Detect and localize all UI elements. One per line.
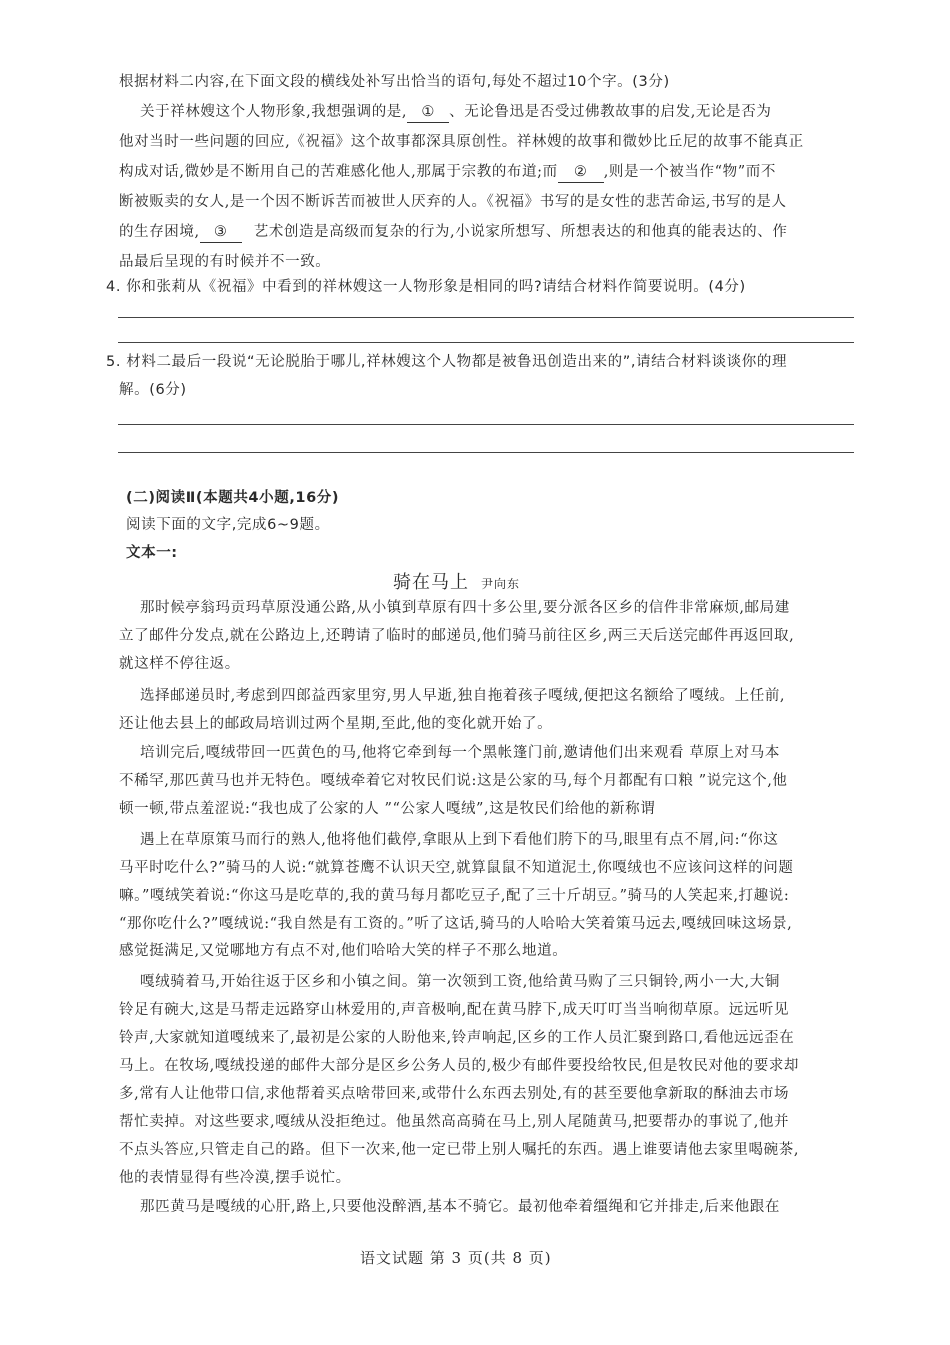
q3-paragraph-line-2: 他对当时一些问题的回应,《祝福》这个故事都深具原创性。祥林嫂的故事和微妙比丘尼的… bbox=[119, 132, 804, 152]
story-p4-line: 嘛。”嘎绒笑着说:“你这马是吃草的,我的黄马每月都吃豆子,配了三十斤胡豆。”骑马… bbox=[119, 886, 789, 906]
story-p5-line: 不点头答应,只管走自己的路。但下一次来,他一定已带上别人嘱托的东西。遇上谁要请他… bbox=[119, 1140, 799, 1160]
story-title: 骑在马上 bbox=[393, 572, 469, 593]
section-instruction: 阅读下面的文字,完成6~9题。 bbox=[126, 515, 330, 535]
q3-instruction: 根据材料二内容,在下面文段的横线处补写出恰当的语句,每处不超过10个字。(3分) bbox=[119, 72, 670, 92]
q3-text: ,则是一个被当作“物”而不 bbox=[604, 164, 776, 180]
q3-paragraph-line-6: 品最后呈现的有时候并不一致。 bbox=[119, 252, 330, 272]
page-footer: 语文试题 第 3 页(共 8 页) bbox=[360, 1247, 552, 1268]
q3-paragraph-line-1: 关于祥林嫂这个人物形象,我想强调的是,①、无论鲁迅是否受过佛教故事的启发,无论是… bbox=[140, 102, 771, 123]
text-label: 文本一: bbox=[126, 543, 178, 563]
q3-text: 的生存困境, bbox=[119, 224, 200, 240]
answer-line[interactable] bbox=[118, 342, 854, 343]
q3-text: 关于祥林嫂这个人物形象,我想强调的是, bbox=[140, 104, 407, 120]
answer-blank-1[interactable]: ① bbox=[407, 102, 449, 123]
story-p4-line: 马平时吃什么?”骑马的人说:“就算苍鹰不认识天空,就算鼠鼠不知道泥土,你嘎绒也不… bbox=[119, 858, 794, 878]
story-title-block: 骑在马上尹向东 bbox=[393, 568, 520, 594]
answer-line[interactable] bbox=[118, 424, 854, 425]
story-author: 尹向东 bbox=[481, 577, 520, 591]
story-p5-line: 多,常有人让他带口信,求他帮着买点啥带回来,或带什么东西去别处,有的甚至要他拿新… bbox=[119, 1084, 789, 1104]
story-p5-line: 他的表情显得有些冷漠,摆手说忙。 bbox=[119, 1168, 351, 1188]
question-5-line-1: 5. 材料二最后一段说“无论脱胎于哪儿,祥林嫂这个人物都是被鲁迅创造出来的”,请… bbox=[106, 352, 787, 372]
story-p4-line: “那你吃什么?”嘎绒说:“我自然是有工资的。”听了这话,骑马的人哈哈大笑着策马远… bbox=[119, 914, 792, 934]
q3-text: 艺术创造是高级而复杂的行为,小说家所想写、所想表达的和他真的能表达的、作 bbox=[254, 224, 788, 240]
story-p2-line: 还让他去县上的邮政局培训过两个星期,至此,他的变化就开始了。 bbox=[119, 714, 552, 734]
story-p1-line: 立了邮件分发点,就在公路边上,还聘请了临时的邮递员,他们骑马前往区乡,两三天后送… bbox=[119, 626, 794, 646]
question-4: 4. 你和张莉从《祝福》中看到的祥林嫂这一人物形象是相同的吗?请结合材料作简要说… bbox=[106, 277, 746, 297]
story-p5-line: 嘎绒骑着马,开始往返于区乡和小镇之间。第一次领到工资,他给黄马购了三只铜铃,两小… bbox=[140, 972, 780, 992]
section-heading: (二)阅读Ⅱ(本题共4小题,16分) bbox=[126, 488, 339, 508]
answer-blank-3[interactable]: ③ bbox=[200, 222, 242, 243]
story-p4-line: 感觉挺满足,又觉哪地方有点不对,他们哈哈大笑的样子不那么地道。 bbox=[119, 941, 567, 961]
q3-paragraph-line-4: 断被贩卖的女人,是一个因不断诉苦而被世人厌弃的人。《祝福》书写的是女性的悲苦命运… bbox=[119, 192, 787, 212]
answer-line[interactable] bbox=[118, 317, 854, 318]
story-p5-line: 帮忙卖掉。对这些要求,嘎绒从没拒绝过。他虽然高高骑在马上,别人尾随黄马,把要帮办… bbox=[119, 1112, 789, 1132]
story-p5-line: 铃声,大家就知道嘎绒来了,最初是公家的人盼他来,铃声响起,区乡的工作人员汇聚到路… bbox=[119, 1028, 794, 1048]
question-5-line-2: 解。(6分) bbox=[119, 380, 187, 400]
q3-text: 构成对话,微妙是不断用自己的苦难感化他人,那属于宗教的布道;而 bbox=[119, 164, 558, 180]
story-p1-line: 就这样不停往返。 bbox=[119, 654, 240, 674]
story-p3-line: 不稀罕,那匹黄马也并无特色。嘎绒牵着它对牧民们说:这是公家的马,每个月都配有口粮… bbox=[119, 771, 788, 791]
q3-paragraph-line-3: 构成对话,微妙是不断用自己的苦难感化他人,那属于宗教的布道;而②,则是一个被当作… bbox=[119, 162, 776, 183]
story-p2-line: 选择邮递员时,考虑到四郎益西家里穷,男人早逝,独自拖着孩子嘎绒,便把这名额给了嘎… bbox=[140, 686, 785, 706]
q3-paragraph-line-5: 的生存困境,③艺术创造是高级而复杂的行为,小说家所想写、所想表达的和他真的能表达… bbox=[119, 222, 787, 243]
answer-line[interactable] bbox=[118, 452, 854, 453]
answer-blank-2[interactable]: ② bbox=[558, 162, 604, 183]
exam-page: 根据材料二内容,在下面文段的横线处补写出恰当的语句,每处不超过10个字。(3分)… bbox=[0, 0, 950, 1345]
story-p5-line: 马上。在牧场,嘎绒投递的邮件大部分是区乡公务人员的,极少有邮件要投给牧民,但是牧… bbox=[119, 1056, 799, 1076]
story-p3-line: 培训完后,嘎绒带回一匹黄色的马,他将它牵到每一个黑帐篷门前,邀请他们出来观看 草… bbox=[140, 743, 780, 763]
story-p5-line: 铃足有碗大,这是马帮走远路穿山林爱用的,声音极响,配在黄马脖下,成天叮叮当当响彻… bbox=[119, 1000, 789, 1020]
story-p6-line: 那匹黄马是嘎绒的心肝,路上,只要他没醉酒,基本不骑它。最初他牵着缰绳和它并排走,… bbox=[140, 1197, 780, 1217]
story-p3-line: 顿一顿,带点羞涩说:“我也成了公家的人 ”“公家人嘎绒”,这是牧民们给他的新称谓 bbox=[119, 799, 655, 819]
story-p1-line: 那时候亭翁玛贡玛草原没通公路,从小镇到草原有四十多公里,要分派各区乡的信件非常麻… bbox=[140, 598, 790, 618]
q3-text: 、无论鲁迅是否受过佛教故事的启发,无论是否为 bbox=[449, 104, 771, 120]
story-p4-line: 遇上在草原策马而行的熟人,他将他们截停,拿眼从上到下看他们胯下的马,眼里有点不屑… bbox=[140, 830, 778, 850]
